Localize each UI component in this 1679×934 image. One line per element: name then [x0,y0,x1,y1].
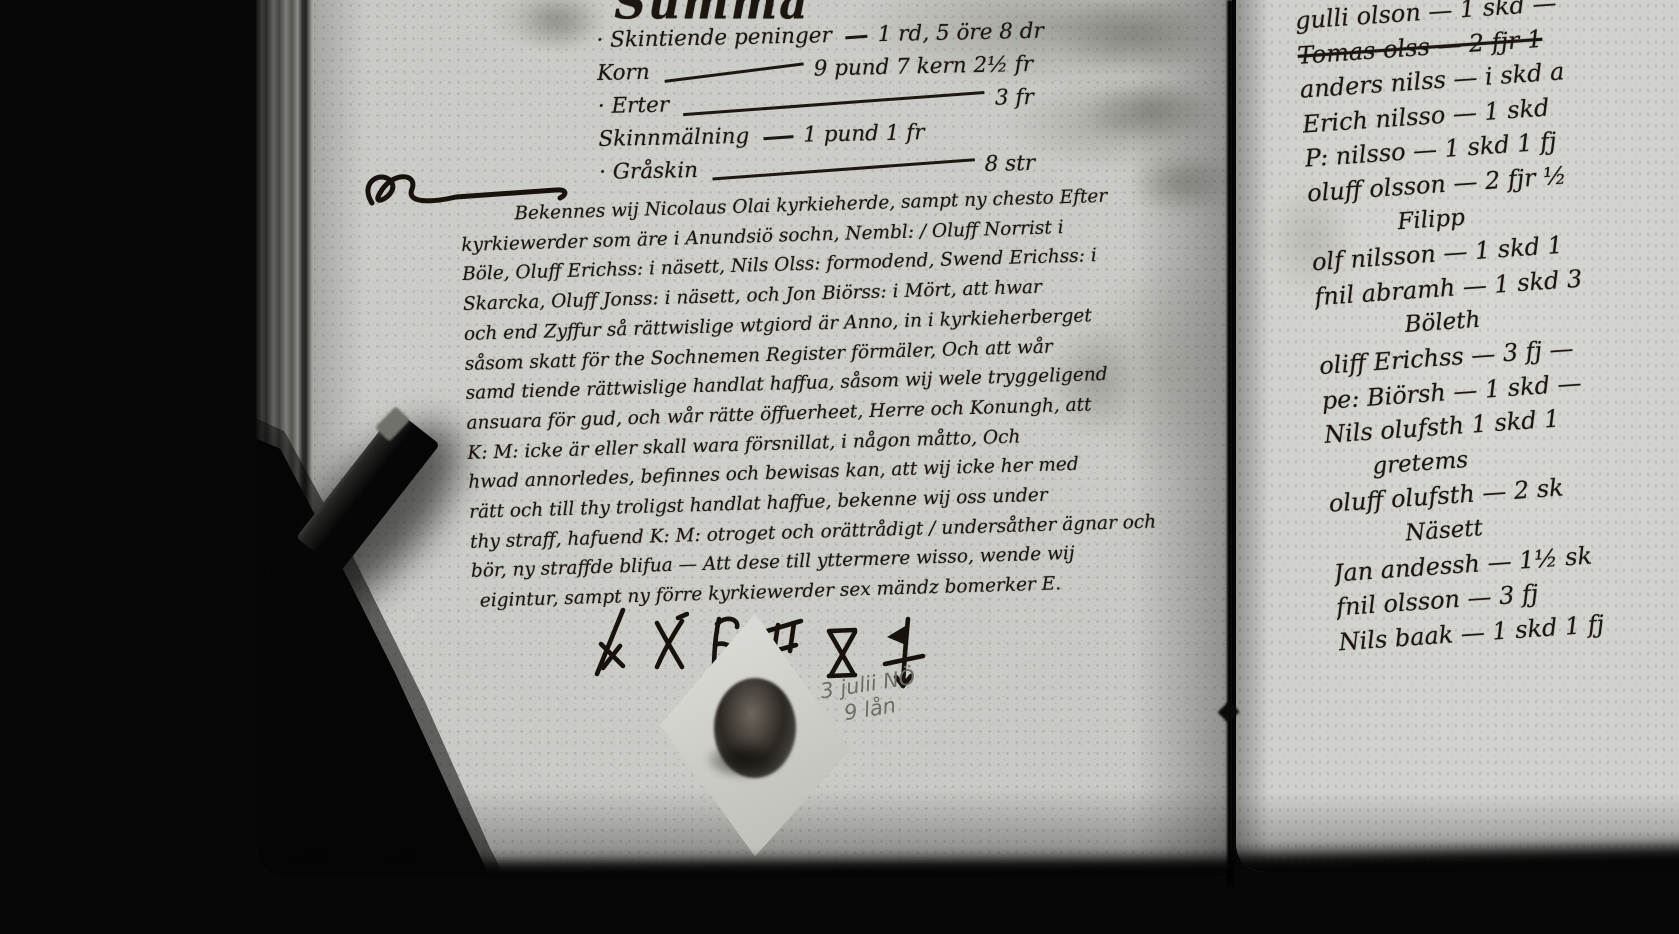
show-through-blot [518,0,602,50]
summary-label: · Skintiende peninger [596,23,832,53]
summary-label: Korn [597,60,650,86]
leader-line [846,35,868,40]
summary-value: 1 pund 1 fr [803,120,925,148]
show-through-blot [1054,0,1214,76]
leader-line [712,158,974,180]
summary-value: 8 str [984,151,1035,177]
clamp-cap [375,406,410,441]
summary-label: Skinnmälning [598,124,749,152]
right-page: gulli olson — 1 skd — Tomas olss — 2 fjr… [1236,0,1679,872]
bottom-edge-darkness [1236,845,1679,872]
summary-label: · Gråskin [599,158,698,185]
show-through-blot [1084,78,1218,142]
leader-line [664,62,803,83]
summary-value: 3 fr [995,85,1034,111]
ledger-list: gulli olson — 1 skd — Tomas olss — 2 fjr… [1294,0,1679,660]
summary-value: 1 rd, 5 öre 8 dr [877,19,1044,47]
summary-value: 9 pund 7 kern 2½ fr [813,52,1033,82]
attestation-paragraph: Bekennes wij Nicolaus Olai kyrkieherde, … [460,180,1182,617]
page-gutter-line [1227,0,1233,886]
slash-cross-mark-icon [592,606,632,678]
left-page: Summa · Skintiende peninger 1 rd, 5 öre … [256,0,1232,878]
summary-label: · Erter [598,92,670,118]
crossed-x-mark-icon [649,609,689,681]
manuscript-photo: Summa · Skintiende peninger 1 rd, 5 öre … [0,0,1679,934]
leader-line [763,135,793,140]
summary-list: · Skintiende peninger 1 rd, 5 öre 8 dr K… [596,11,1035,185]
wax-seal-smudge [704,740,784,780]
